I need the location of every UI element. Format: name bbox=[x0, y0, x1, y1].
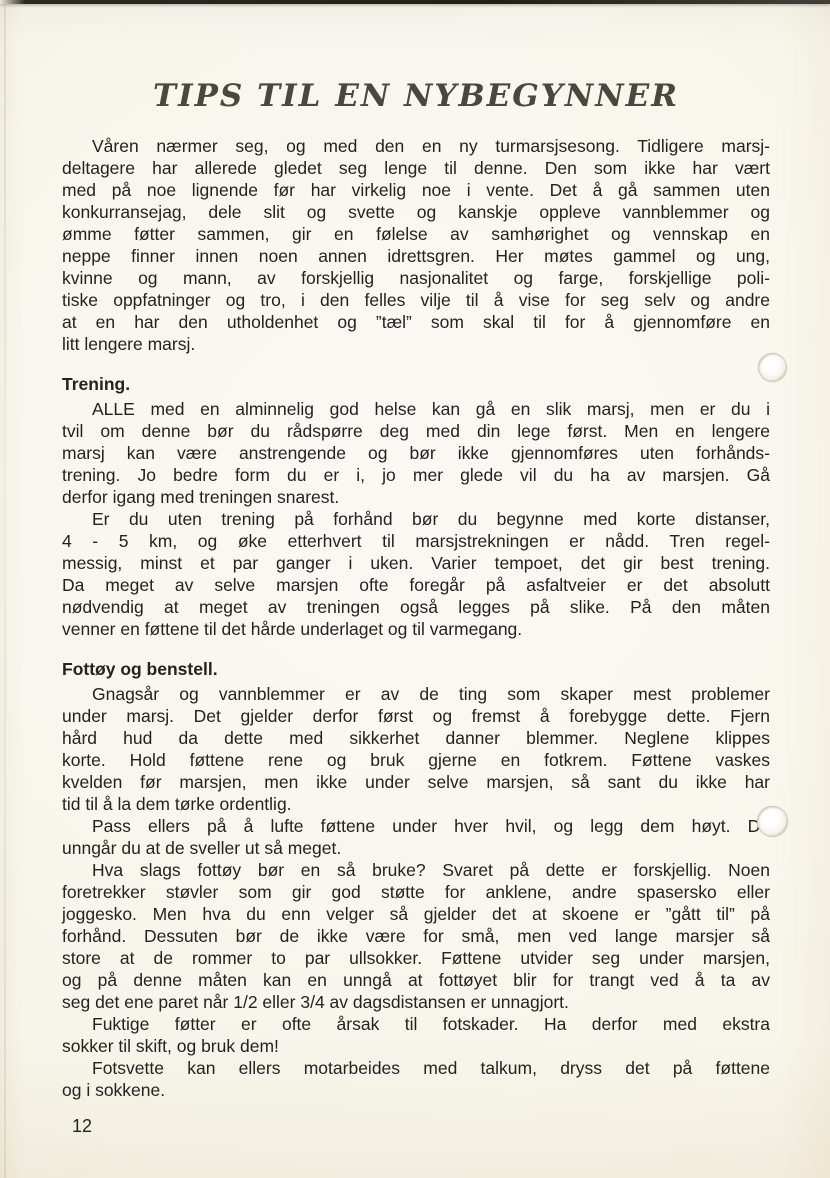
text-line: Hva slags fottøy bør en så bruke? Svaret… bbox=[62, 859, 770, 881]
text-line: derfor igang med treningen snarest. bbox=[62, 486, 770, 508]
text-line: unngår du at de sveller ut så meget. bbox=[62, 837, 770, 859]
text-line: deltagere har allerede gledet seg lenge … bbox=[62, 157, 770, 179]
text-line: ALLE med en alminnelig god helse kan gå … bbox=[62, 398, 770, 420]
paragraph: Gnagsår og vannblemmer er av de ting som… bbox=[62, 683, 770, 815]
text-line: Fotsvette kan ellers motarbeides med tal… bbox=[62, 1057, 770, 1079]
text-line: trening. Jo bedre form du er i, jo mer g… bbox=[62, 464, 770, 486]
text-line: seg det ene paret når 1/2 eller 3/4 av d… bbox=[62, 991, 770, 1013]
text-line: og i sokkene. bbox=[62, 1079, 770, 1101]
text-line: tid til å la dem tørke ordentlig. bbox=[62, 793, 770, 815]
text-line: 4 - 5 km, og øke etterhvert til marsjstr… bbox=[62, 530, 770, 552]
text-line: Gnagsår og vannblemmer er av de ting som… bbox=[62, 683, 770, 705]
text-line: konkurransejag, dele slit og svette og k… bbox=[62, 201, 770, 223]
paragraph: Fotsvette kan ellers motarbeides med tal… bbox=[62, 1057, 770, 1101]
section-heading: Fottøy og benstell. bbox=[62, 658, 770, 680]
text-line: store at de rommer to par ullsokker. Føt… bbox=[62, 947, 770, 969]
paragraph: Hva slags fottøy bør en så bruke? Svaret… bbox=[62, 859, 770, 1013]
paragraph: Er du uten trening på forhånd bør du beg… bbox=[62, 508, 770, 640]
page-title: TIPS TIL EN NYBEGYNNER bbox=[62, 78, 770, 114]
text-line: Fuktige føtter er ofte årsak til fotskad… bbox=[62, 1013, 770, 1035]
text-line: kvinne og mann, av forskjellig nasjonali… bbox=[62, 267, 770, 289]
text-line: Er du uten trening på forhånd bør du beg… bbox=[62, 508, 770, 530]
text-line: messig, minst et par ganger i uken. Vari… bbox=[62, 552, 770, 574]
text-line: med på noe lignende før har virkelig noe… bbox=[62, 179, 770, 201]
paragraph: Fuktige føtter er ofte årsak til fotskad… bbox=[62, 1013, 770, 1057]
text-line: foretrekker støvler som gir god støtte f… bbox=[62, 881, 770, 903]
binder-hole-bottom bbox=[757, 806, 788, 837]
text-line: kvelden før marsjen, men ikke under selv… bbox=[62, 771, 770, 793]
text-line: tiske oppfatninger og tro, i den felles … bbox=[62, 289, 770, 311]
text-line: og på denne måten kan en unngå at fottøy… bbox=[62, 969, 770, 991]
text-line: marsj kan være anstrengende og bør ikke … bbox=[62, 442, 770, 464]
text-line: Pass ellers på å lufte føttene under hve… bbox=[62, 815, 770, 837]
text-line: hård hud da dette med sikkerhet danner b… bbox=[62, 727, 770, 749]
scanned-page: TIPS TIL EN NYBEGYNNER Våren nærmer seg,… bbox=[0, 0, 830, 1178]
text-line: forhånd. Dessuten bør de ikke være for s… bbox=[62, 925, 770, 947]
text-line: neppe finner innen noen annen idrettsgre… bbox=[62, 245, 770, 267]
page-number: 12 bbox=[72, 1116, 770, 1137]
text-line: tvil om denne bør du rådspørre deg med d… bbox=[62, 420, 770, 442]
text-line: Våren nærmer seg, og med den en ny turma… bbox=[62, 135, 770, 157]
paragraph: Pass ellers på å lufte føttene under hve… bbox=[62, 815, 770, 859]
binder-hole-top bbox=[758, 353, 787, 382]
text-line: under marsj. Det gjelder derfor først og… bbox=[62, 705, 770, 727]
text-line: Da meget av selve marsjen ofte foregår p… bbox=[62, 574, 770, 596]
page-content: Våren nærmer seg, og med den en ny turma… bbox=[62, 135, 770, 1101]
text-line: at en har den utholdenhet og ”tæl” som s… bbox=[62, 311, 770, 333]
text-line: sokker til skift, og bruk dem! bbox=[62, 1035, 770, 1057]
text-line: litt lengere marsj. bbox=[62, 333, 770, 355]
text-line: ømme føtter sammen, gir en følelse av sa… bbox=[62, 223, 770, 245]
paragraph: Våren nærmer seg, og med den en ny turma… bbox=[62, 135, 770, 355]
page-body: TIPS TIL EN NYBEGYNNER Våren nærmer seg,… bbox=[0, 0, 830, 1137]
text-line: nødvendig at meget av treningen også leg… bbox=[62, 596, 770, 618]
paragraph: ALLE med en alminnelig god helse kan gå … bbox=[62, 398, 770, 508]
text-line: joggesko. Men hva du enn velger så gjeld… bbox=[62, 903, 770, 925]
text-line: venner en føttene til det hårde underlag… bbox=[62, 618, 770, 640]
section-heading: Trening. bbox=[62, 373, 770, 395]
text-line: korte. Hold føttene rene og bruk gjerne … bbox=[62, 749, 770, 771]
